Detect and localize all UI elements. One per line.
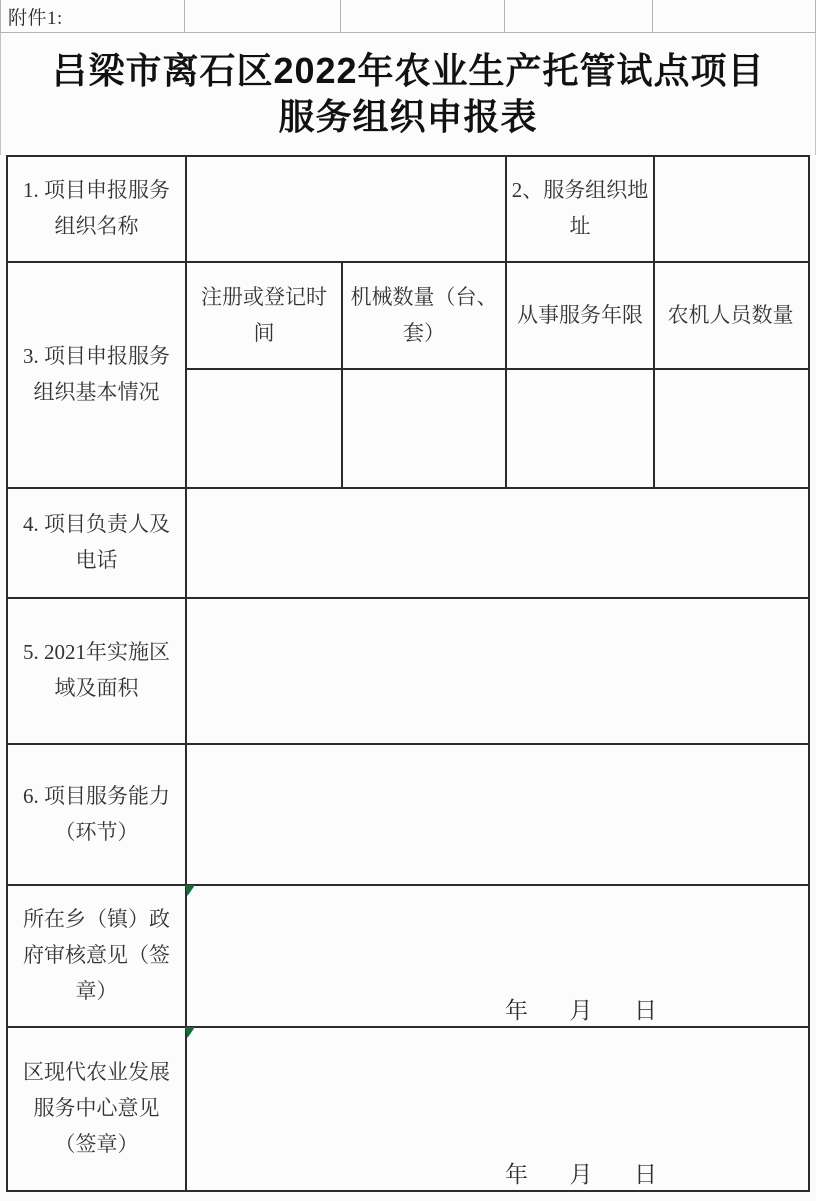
label-district-center-opinion: 区现代农业发展 服务中心意见 （签章） — [8, 1028, 185, 1190]
attachment-label: 附件1: — [8, 0, 63, 33]
input-township-review[interactable]: 年 月 日 — [187, 886, 806, 1026]
label-service-capability: 6. 项目服务能力 （环节） — [8, 745, 185, 884]
label-township-review: 所在乡（镇）政 府审核意见（签 章） — [8, 886, 185, 1026]
input-responsible-person[interactable] — [187, 489, 806, 597]
date-month-label: 月 — [570, 1156, 593, 1189]
sheet-cell-c1 — [341, 0, 505, 33]
header-service-years: 从事服务年限 — [507, 263, 653, 368]
input-machine-count[interactable] — [343, 370, 505, 487]
input-2021-area[interactable] — [187, 599, 806, 743]
date-year-label: 年 — [505, 992, 528, 1025]
label-basic-info: 3. 项目申报服务 组织基本情况 — [8, 263, 185, 487]
form-title-block: 吕梁市离石区2022年农业生产托管试点项目 服务组织申报表 — [0, 33, 816, 155]
input-personnel-count[interactable] — [655, 370, 806, 487]
label-org-address: 2、服务组织地 址 — [507, 157, 653, 261]
label-2021-area: 5. 2021年实施区 域及面积 — [8, 599, 185, 743]
date-year-label: 年 — [505, 1156, 528, 1189]
header-machine-count: 机械数量（台、 套） — [343, 263, 505, 368]
input-org-address[interactable] — [655, 157, 806, 261]
input-registration-time[interactable] — [187, 370, 341, 487]
date-day-label: 日 — [634, 992, 657, 1025]
sheet-cell-d1 — [505, 0, 653, 33]
date-day-label: 日 — [634, 1156, 657, 1189]
label-responsible-person: 4. 项目负责人及 电话 — [8, 489, 185, 597]
form-title-line2: 服务组织申报表 — [278, 94, 537, 140]
input-service-capability[interactable] — [187, 745, 806, 884]
sheet-cell-b1 — [185, 0, 341, 33]
sheet-cell-e1 — [653, 0, 816, 33]
form-title-line1: 吕梁市离石区2022年农业生产托管试点项目 — [51, 48, 764, 94]
input-org-name[interactable] — [187, 157, 505, 261]
header-registration-time: 注册或登记时 间 — [187, 263, 341, 368]
input-district-center-opinion[interactable]: 年 月 日 — [187, 1028, 806, 1190]
date-line-district: 年 月 日 — [505, 1156, 657, 1189]
header-personnel-count: 农机人员数量 — [655, 263, 806, 368]
label-org-name: 1. 项目申报服务 组织名称 — [8, 157, 185, 261]
cell-corner-marker-icon — [185, 885, 195, 896]
form-table: 1. 项目申报服务 组织名称 2、服务组织地 址 3. 项目申报服务 组织基本情… — [6, 155, 810, 1192]
cell-corner-marker-icon — [185, 1027, 195, 1038]
date-month-label: 月 — [570, 992, 593, 1025]
date-line-township: 年 月 日 — [505, 992, 657, 1025]
input-service-years[interactable] — [507, 370, 653, 487]
scanned-form-page: 附件1: 吕梁市离石区2022年农业生产托管试点项目 服务组织申报表 1. 项目… — [0, 0, 816, 1201]
